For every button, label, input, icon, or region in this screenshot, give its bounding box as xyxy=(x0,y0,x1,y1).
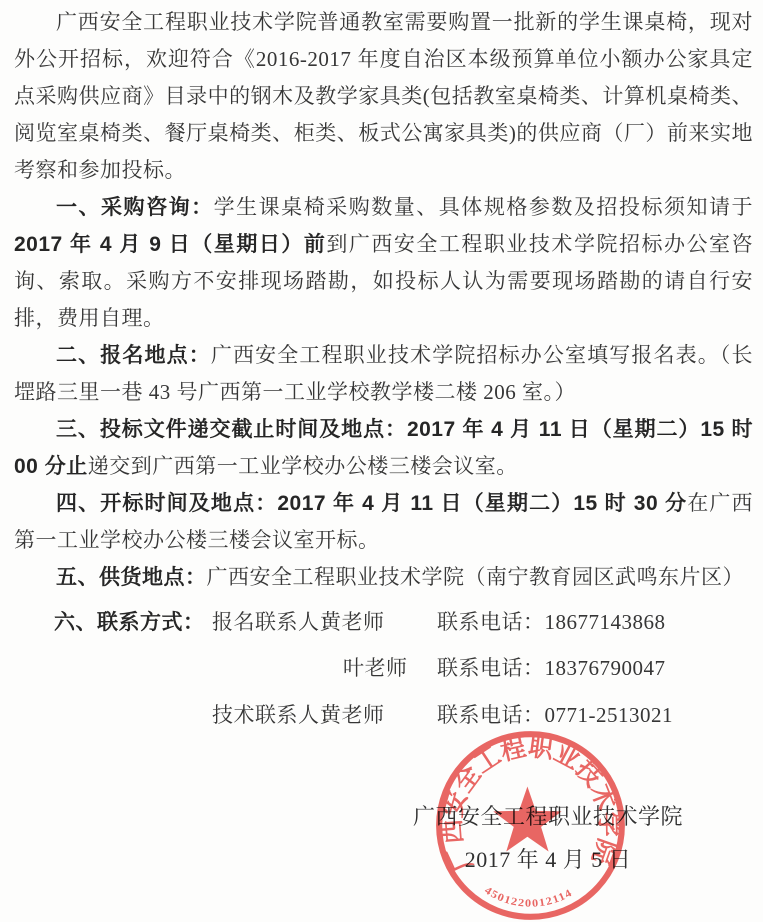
seal-code: 4501220012114 xyxy=(482,884,574,909)
contact-1-name: 黄老师 xyxy=(320,604,385,641)
section-2-registration-location: 二、报名地点：广西安全工程职业技术学院招标办公室填写报名表。（长堽路三里一巷 4… xyxy=(14,337,753,411)
section-6-heading: 六、联系方式： xyxy=(54,604,205,641)
contact-3-name: 黄老师 xyxy=(320,697,385,734)
section-1-bold-date: 2017 年 4 月 9 日（星期日）前 xyxy=(14,233,326,256)
section-4-bold-date: 2017 年 4 月 11 日（星期二）15 时 30 分 xyxy=(277,492,687,515)
contact-row-3: 技术联系人： 黄老师 联系电话：0771-2513021 xyxy=(14,697,753,734)
section-3-heading: 三、投标文件递交截止时间及地点： xyxy=(56,418,407,441)
section-1-heading: 一、采购咨询： xyxy=(56,196,214,219)
contact-row-1: 六、联系方式： 报名联系人： 黄老师 联系电话：18677143868 xyxy=(14,604,753,641)
section-3-text: 递交到广西第一工业学校办公楼三楼会议室。 xyxy=(88,454,518,478)
contact-2-name: 叶老师 xyxy=(343,650,408,687)
document-page: 广西安全工程职业技术学院普通教室需要购置一批新的学生课桌椅，现对外公开招标，欢迎… xyxy=(0,0,763,922)
contact-2-phone: 联系电话：18376790047 xyxy=(437,650,666,687)
contact-1-phone: 联系电话：18677143868 xyxy=(437,604,666,641)
section-5-text: 广西安全工程职业技术学院（南宁教育园区武鸣东片区） xyxy=(207,565,745,589)
section-4-bid-opening: 四、开标时间及地点：2017 年 4 月 11 日（星期二）15 时 30 分在… xyxy=(14,485,753,559)
contact-row-2: 叶老师 联系电话：18376790047 xyxy=(14,650,753,687)
official-seal: 广西安全工程职业技术学院 4501220012114 xyxy=(433,728,628,922)
intro-text: 广西安全工程职业技术学院普通教室需要购置一批新的学生课桌椅，现对外公开招标，欢迎… xyxy=(14,10,753,182)
section-4-heading: 四、开标时间及地点： xyxy=(56,492,277,515)
seal-code-holder: 4501220012114 xyxy=(482,884,574,909)
section-5-heading: 五、供货地点： xyxy=(56,566,207,589)
section-1-purchase-consultation: 一、采购咨询：学生课桌椅采购数量、具体规格参数及招投标须知请于 2017 年 4… xyxy=(14,189,753,337)
section-5-delivery-location: 五、供货地点：广西安全工程职业技术学院（南宁教育园区武鸣东片区） xyxy=(14,559,753,596)
section-1-text-a: 学生课桌椅采购数量、具体规格参数及招投标须知请于 xyxy=(214,195,753,219)
seal-star-icon xyxy=(493,787,561,852)
section-3-bid-submission-deadline: 三、投标文件递交截止时间及地点：2017 年 4 月 11 日（星期二）15 时… xyxy=(14,411,753,485)
notice-body: 广西安全工程职业技术学院普通教室需要购置一批新的学生课桌椅，现对外公开招标，欢迎… xyxy=(14,4,753,734)
intro-paragraph: 广西安全工程职业技术学院普通教室需要购置一批新的学生课桌椅，现对外公开招标，欢迎… xyxy=(14,4,753,189)
section-2-heading: 二、报名地点： xyxy=(56,344,211,367)
